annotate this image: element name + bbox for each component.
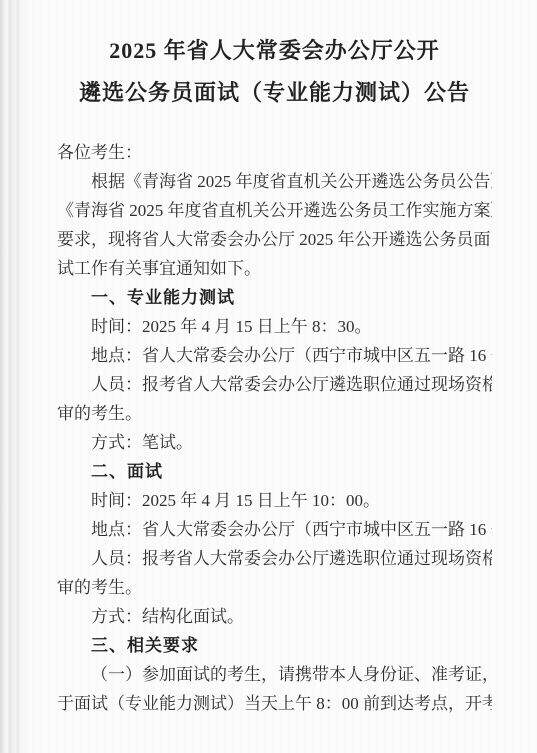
section1-personnel-line-2: 审的考生。 xyxy=(57,399,492,428)
document-page: 2025 年省人大常委会办公厅公开 遴选公务员面试（专业能力测试）公告 各位考生… xyxy=(0,0,537,753)
intro-line-1: 根据《青海省 2025 年度省直机关公开遴选公务员公告》 xyxy=(57,167,492,196)
section2-personnel-line-2: 审的考生。 xyxy=(57,573,492,602)
section3-heading: 三、相关要求 xyxy=(57,631,492,660)
section2-time: 时间：2025 年 4 月 15 日上午 10：00。 xyxy=(57,486,492,515)
section1-location: 地点：省人大常委会办公厅（西宁市城中区五一路 16 号）。 xyxy=(57,341,492,370)
title-line-1: 2025 年省人大常委会办公厅公开 xyxy=(57,30,492,72)
section1-heading: 一、专业能力测试 xyxy=(57,283,492,312)
section1-method: 方式：笔试。 xyxy=(57,428,492,457)
section2-method: 方式：结构化面试。 xyxy=(57,602,492,631)
section3-requirement1-line-1: （一）参加面试的考生，请携带本人身份证、准考证， xyxy=(57,660,492,689)
intro-line-3: 要求，现将省人大常委会办公厅 2025 年公开遴选公务员面 xyxy=(57,225,492,254)
intro-line-2: 《青海省 2025 年度省直机关公开遴选公务员工作实施方案》 xyxy=(57,196,492,225)
section3-requirement1-line-2: 于面试（专业能力测试）当天上午 8：00 前到达考点，开考 xyxy=(57,689,492,718)
document-title: 2025 年省人大常委会办公厅公开 遴选公务员面试（专业能力测试）公告 xyxy=(57,30,492,114)
section2-heading: 二、面试 xyxy=(57,457,492,486)
section1-time: 时间：2025 年 4 月 15 日上午 8：30。 xyxy=(57,312,492,341)
intro-line-4: 试工作有关事宜通知如下。 xyxy=(57,254,492,283)
section2-location: 地点：省人大常委会办公厅（西宁市城中区五一路 16 号）。 xyxy=(57,515,492,544)
document-body: 各位考生： 根据《青海省 2025 年度省直机关公开遴选公务员公告》 《青海省 … xyxy=(57,138,492,718)
section2-personnel-line-1: 人员：报考省人大常委会办公厅遴选职位通过现场资格复 xyxy=(57,544,492,573)
title-line-2: 遴选公务员面试（专业能力测试）公告 xyxy=(57,72,492,114)
section1-personnel-line-1: 人员：报考省人大常委会办公厅遴选职位通过现场资格复 xyxy=(57,370,492,399)
salutation: 各位考生： xyxy=(57,138,492,167)
